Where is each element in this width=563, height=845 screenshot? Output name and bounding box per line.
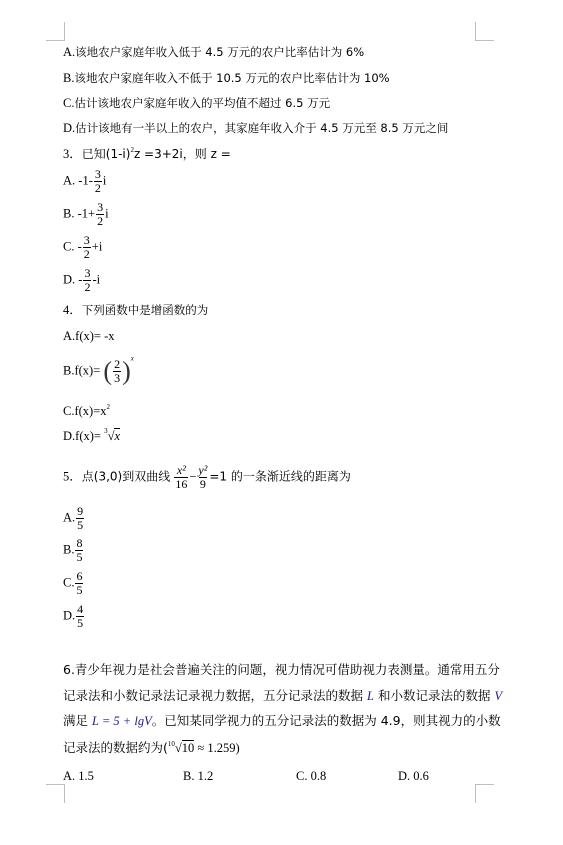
numerator: 3 <box>96 201 104 214</box>
q4-option-c: C.f(x)=x2 <box>63 403 110 419</box>
radicand: x <box>114 428 120 443</box>
fraction: 95 <box>76 505 84 532</box>
q2-option-d: D.估计该地有一半以上的农户，其家庭年收入介于 4.5 万元至 8.5 万元之间 <box>63 120 448 136</box>
option-value: 0.6 <box>413 769 429 783</box>
option-letter: A. <box>63 329 75 343</box>
denominator: 2 <box>83 280 91 294</box>
option-letter: D. <box>63 429 75 443</box>
numerator: x² <box>176 464 187 477</box>
crop-mark-bottom-left <box>46 784 65 803</box>
option-text: 该地农户家庭年收入低于 4.5 万元的农户比率估计为 6% <box>75 45 364 59</box>
root-index: 10 <box>168 740 175 748</box>
crop-mark-bottom-right <box>475 784 494 803</box>
option-letter: D. <box>63 608 75 622</box>
fraction: 32 <box>96 201 104 228</box>
option-text: f(x)= -x <box>75 329 114 343</box>
denominator: 2 <box>83 247 91 261</box>
numerator: 8 <box>75 537 83 550</box>
variable-V: V <box>494 689 502 703</box>
variable-L: L <box>367 689 374 703</box>
q5-option-b: B.85 <box>63 537 84 564</box>
q6-line4-pre: 记录法的数据约为( <box>63 740 168 755</box>
numerator: 3 <box>94 168 102 181</box>
option-letter: D. <box>398 769 410 783</box>
denominator: 2 <box>94 181 102 195</box>
numerator: y² <box>197 464 208 477</box>
option-text: f(x)= <box>74 363 100 377</box>
q6-line-1: 6.青少年视力是社会普遍关注的问题，视力情况可借助视力表测量。通常用五分 <box>63 662 500 678</box>
q2-option-c: C.估计该地农户家庭年收入的平均值不超过 6.5 万元 <box>63 95 330 111</box>
close-paren: ) <box>236 741 240 755</box>
fraction: 45 <box>76 603 84 630</box>
q3-stem: 3．已知(1-i)2z =3+2i，则 z = <box>63 146 231 162</box>
denominator: 9 <box>199 477 207 491</box>
minus-sign: − <box>189 469 196 483</box>
fraction-x2-16: x²16 <box>174 464 188 491</box>
option-text: f(x)= <box>75 429 101 443</box>
denominator: 5 <box>75 583 83 597</box>
fraction-y2-9: y²9 <box>197 464 208 491</box>
q6-line2-pre: 记录法和小数记录法记录视力数据，五分记录法的数据 <box>63 688 363 703</box>
denominator: 5 <box>75 550 83 564</box>
numerator: 4 <box>76 603 84 616</box>
option-letter: C. <box>296 769 307 783</box>
option-letter: B. <box>183 769 194 783</box>
q4-option-b: B.f(x)= (23)x <box>63 358 134 385</box>
crop-mark-top-right <box>475 22 494 41</box>
option-letter: A. <box>63 769 75 783</box>
q6-option-d: D. 0.6 <box>398 768 429 784</box>
option-letter: D. <box>63 272 75 286</box>
denominator: 3 <box>113 371 121 385</box>
fraction: 32 <box>94 168 102 195</box>
question-number: 3． <box>63 147 82 161</box>
formula: L = 5 + lgV <box>92 714 152 728</box>
denominator: 2 <box>96 214 104 228</box>
option-post: i <box>103 173 106 187</box>
fraction: 32 <box>83 234 91 261</box>
numerator: 3 <box>83 234 91 247</box>
option-value: 1.5 <box>78 769 94 783</box>
option-text: f(x)=x <box>74 404 106 418</box>
q5-option-a: A.95 <box>63 505 85 532</box>
q5-stem-pre: 点(3,0)到双曲线 <box>82 469 170 483</box>
q3-option-a: A. -1-32i <box>63 168 106 195</box>
fraction: 32 <box>83 267 91 294</box>
q4-option-d: D.f(x)= 3√x <box>63 428 120 444</box>
option-letter: C. <box>63 239 74 253</box>
option-text: 估计该地有一半以上的农户，其家庭年收入介于 4.5 万元至 8.5 万元之间 <box>75 121 448 135</box>
crop-mark-top-left <box>46 22 65 41</box>
q3-stem-post: z =3+2i，则 z = <box>134 147 231 161</box>
denominator: 5 <box>76 616 84 630</box>
denominator: 5 <box>76 518 84 532</box>
exponent: 2 <box>107 403 111 411</box>
q6-option-b: B. 1.2 <box>183 768 213 784</box>
option-letter: A. <box>63 45 75 59</box>
q6-line-4: 记录法的数据约为(10√10 ≈ 1.259) <box>63 740 240 756</box>
q5-option-d: D.45 <box>63 603 85 630</box>
q6-line2-mid: 和小数记录法的数据 <box>378 688 491 703</box>
q4-option-a: A.f(x)= -x <box>63 328 114 344</box>
option-letter: A. <box>63 173 75 187</box>
option-letter: B. <box>63 542 74 556</box>
fraction: 85 <box>75 537 83 564</box>
option-text: 该地农户家庭年收入不低于 10.5 万元的农户比率估计为 10% <box>74 71 389 85</box>
denominator: 16 <box>174 477 188 491</box>
fraction: 23 <box>113 358 121 385</box>
q6-line-3: 满足 L = 5 + lgV。已知某同学视力的五分记录法的数据为 4.9，则其视… <box>63 713 501 729</box>
option-value: 1.2 <box>198 769 214 783</box>
q3-option-c: C. -32+i <box>63 234 102 261</box>
option-letter: D. <box>63 121 75 135</box>
q2-option-b: B.该地农户家庭年收入不低于 10.5 万元的农户比率估计为 10% <box>63 70 390 86</box>
option-letter: C. <box>63 96 74 110</box>
option-post: -i <box>92 272 100 286</box>
numerator: 2 <box>113 358 121 371</box>
option-pre: - <box>78 272 82 286</box>
q2-option-a: A.该地农户家庭年收入低于 4.5 万元的农户比率估计为 6% <box>63 44 364 60</box>
q3-stem-pre: 已知(1-i) <box>82 147 131 161</box>
q6-line3-post: 。已知某同学视力的五分记录法的数据为 4.9，则其视力的小数 <box>152 713 501 728</box>
q4-stem-text: 下列函数中是增函数的为 <box>82 303 209 317</box>
numerator: 6 <box>75 570 83 583</box>
option-text: 估计该地农户家庭年收入的平均值不超过 6.5 万元 <box>74 96 330 110</box>
q5-option-c: C.65 <box>63 570 84 597</box>
option-letter: A. <box>63 510 75 524</box>
exponent: x <box>131 354 134 362</box>
option-post: +i <box>92 239 103 253</box>
option-letter: B. <box>63 363 74 377</box>
radicand: 10 <box>182 740 195 755</box>
q4-stem: 4．下列函数中是增函数的为 <box>63 302 208 318</box>
option-value: 0.8 <box>311 769 327 783</box>
q6-option-a: A. 1.5 <box>63 768 94 784</box>
q3-option-d: D. -32-i <box>63 267 100 294</box>
option-letter: B. <box>63 71 74 85</box>
question-number: 4． <box>63 303 82 317</box>
option-pre: - <box>78 239 82 253</box>
fraction: 65 <box>75 570 83 597</box>
q6-line-2: 记录法和小数记录法记录视力数据，五分记录法的数据 L 和小数记录法的数据 V <box>63 688 502 704</box>
q6-option-c: C. 0.8 <box>296 768 326 784</box>
numerator: 9 <box>76 505 84 518</box>
option-pre: -1- <box>78 173 93 187</box>
option-pre: -1+ <box>78 206 95 220</box>
radical-sign: √ <box>175 741 182 755</box>
option-post: i <box>105 206 108 220</box>
option-letter: C. <box>63 575 74 589</box>
q3-option-b: B. -1+32i <box>63 201 109 228</box>
q5-stem: 5．点(3,0)到双曲线 x²16−y²9=1 的一条渐近线的距离为 <box>63 464 351 491</box>
option-letter: C. <box>63 404 74 418</box>
numerator: 3 <box>83 267 91 280</box>
approx-value: ≈ 1.259 <box>197 741 235 755</box>
q6-line3-pre: 满足 <box>63 713 88 728</box>
q5-stem-post: =1 的一条渐近线的距离为 <box>209 469 351 483</box>
option-letter: B. <box>63 206 74 220</box>
left-paren: ( <box>103 357 112 386</box>
question-number: 5． <box>63 469 82 483</box>
right-paren: ) <box>122 357 131 386</box>
